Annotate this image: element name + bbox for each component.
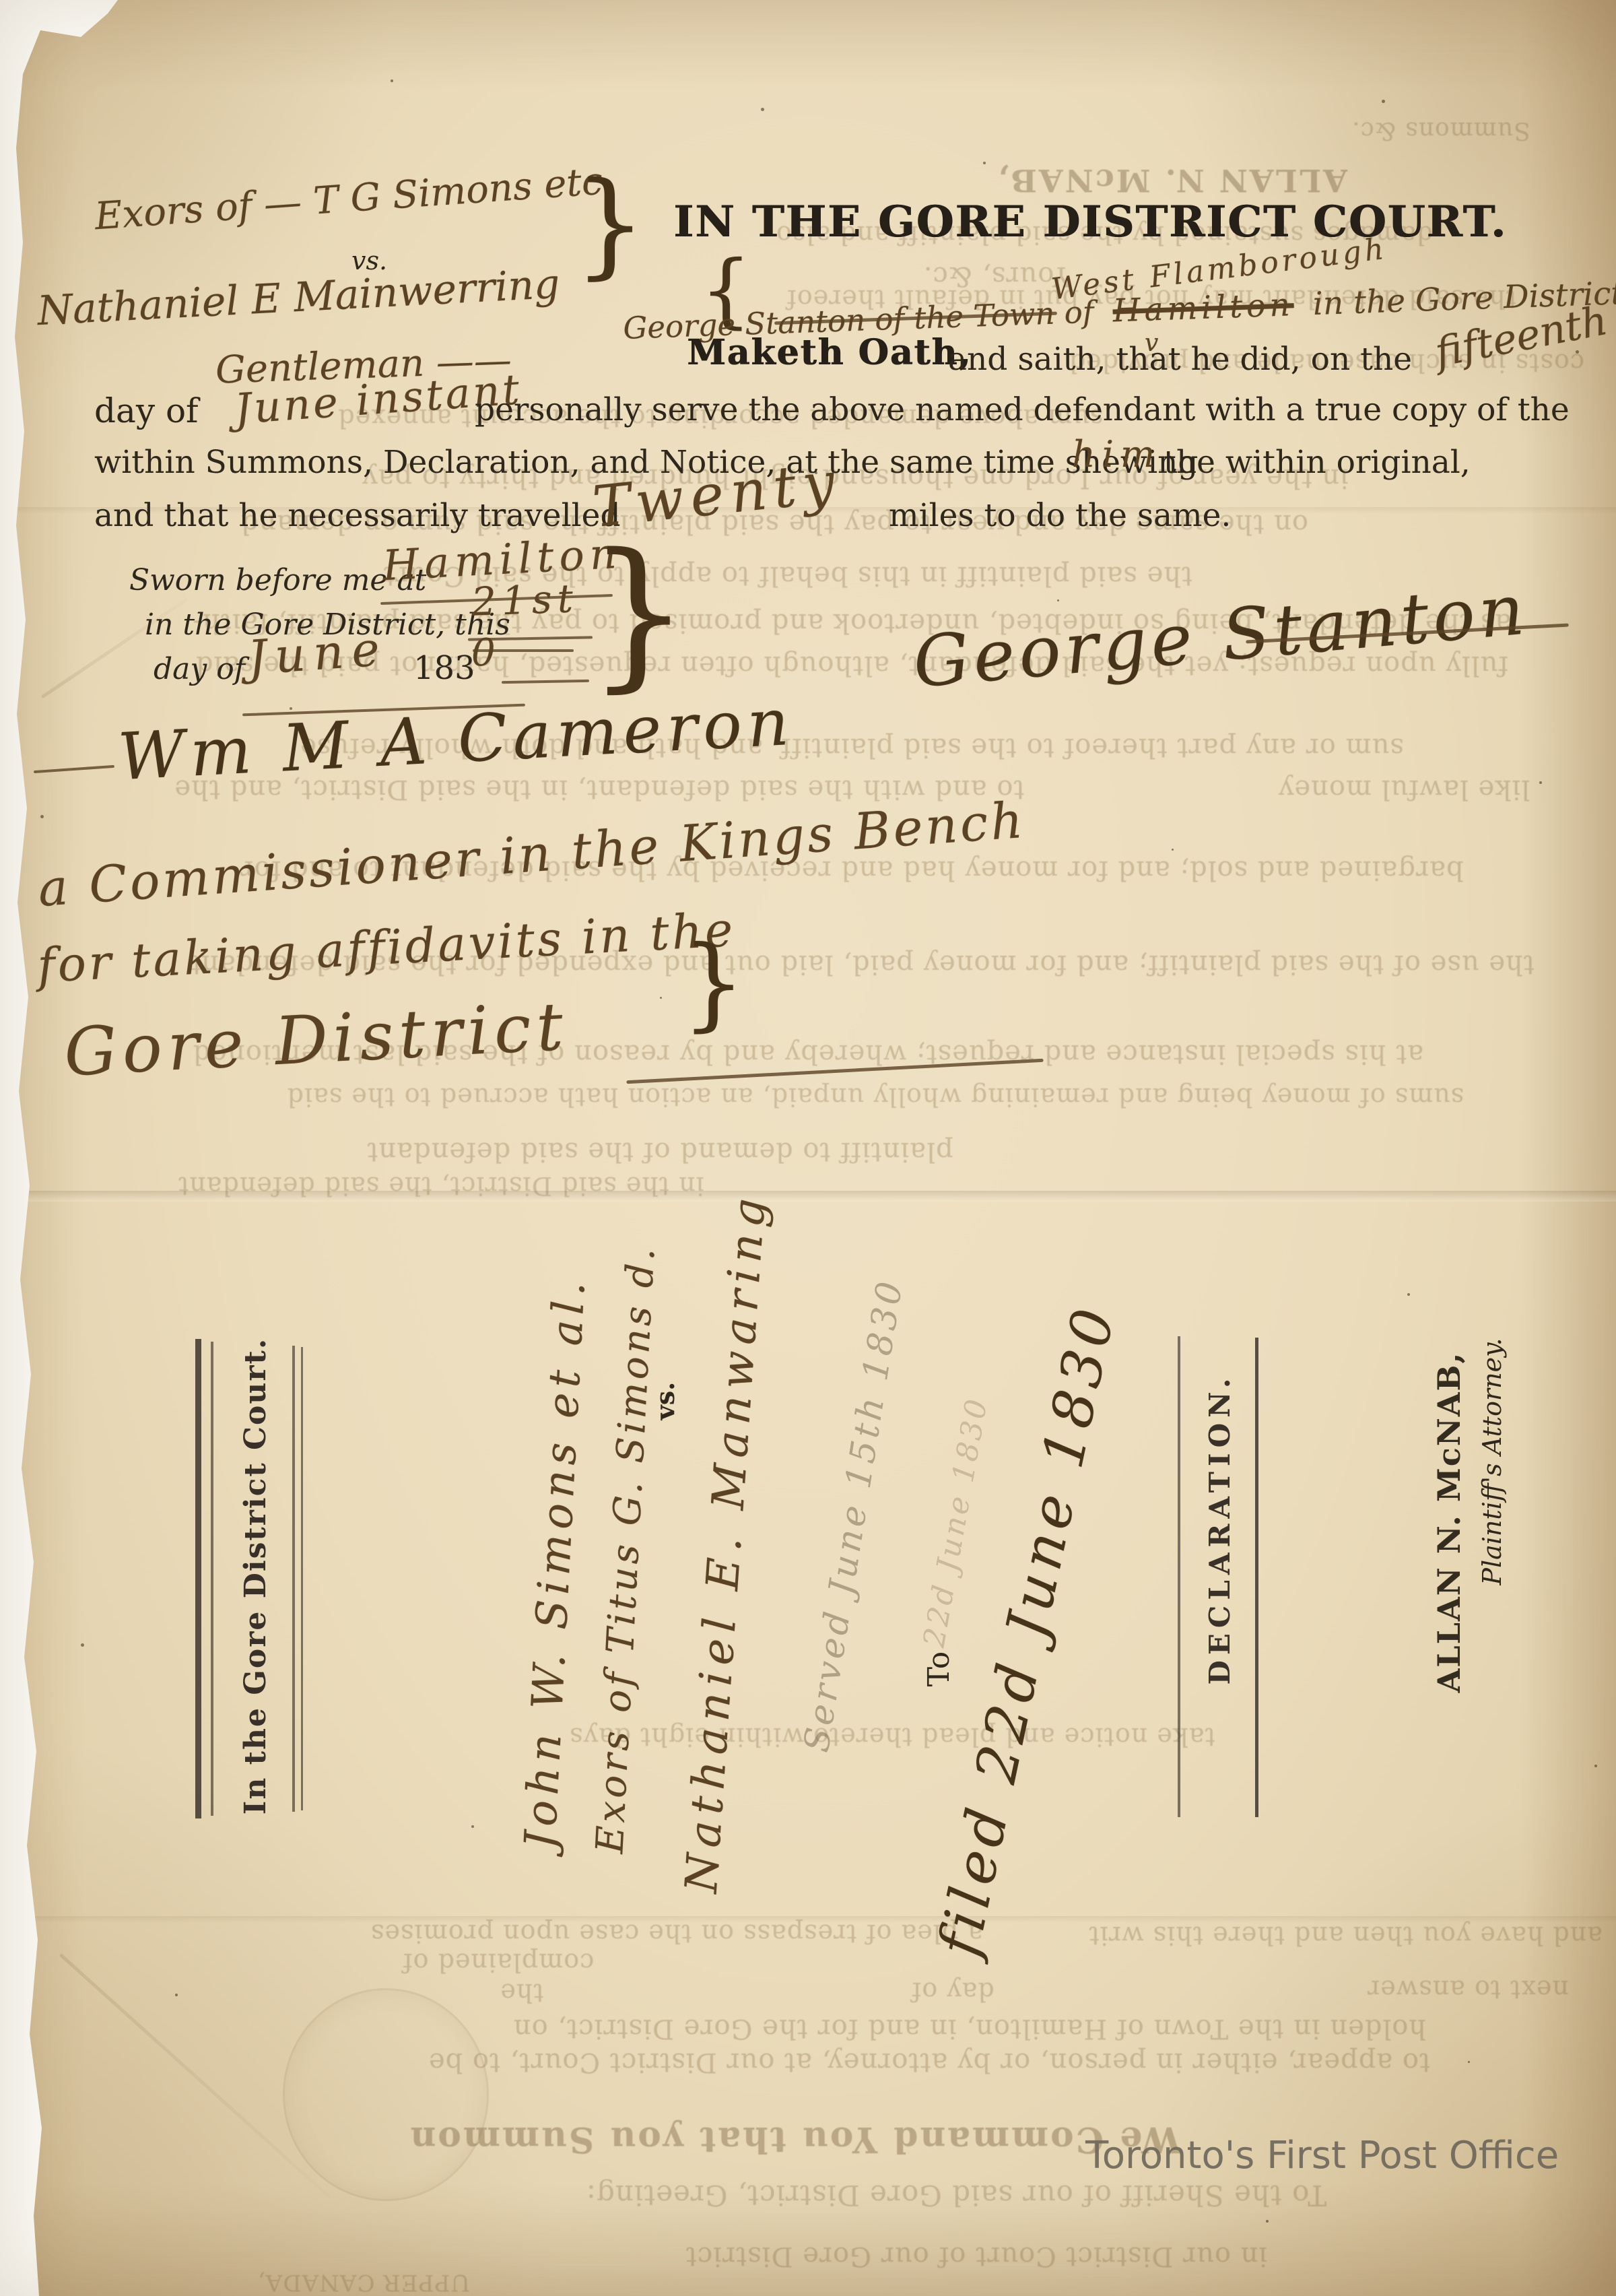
docket-rule [1178, 1336, 1180, 1817]
paper-speck [1539, 781, 1542, 784]
jurat-month-handwritten: June [246, 625, 389, 682]
docket-rule [211, 1342, 213, 1816]
paper-sheet: Summons &c.ALLAN N. McNAB,Yours, &c.dama… [0, 0, 1616, 2296]
archive-watermark: Toronto's First Post Office [1085, 2134, 1559, 2177]
bleedthrough-text: Summons &c. [1320, 118, 1562, 142]
bleedthrough-text: and have you then and there this writ [1091, 1923, 1603, 1948]
paper-speck [175, 1994, 178, 1996]
bleedthrough-text: like lawful money [1246, 776, 1562, 803]
maketh-oath-label: Maketh Oath, [687, 335, 972, 370]
paper-speck [761, 108, 764, 111]
bleedthrough-text: in the said District, the said defendant [111, 1173, 771, 1199]
struck-place: Hamilton [1112, 286, 1295, 329]
paper-speck [81, 1643, 84, 1647]
bleedthrough-text: next to answer [1333, 1977, 1603, 2002]
oath-line4b: miles to do the same. [889, 500, 1231, 531]
docket-to-label: To [922, 1639, 957, 1699]
year-printed: 183 [413, 652, 475, 684]
bleedthrough-text: in our District Court of our Gore Distri… [606, 2243, 1347, 2270]
paper-speck [40, 815, 44, 818]
paper-speck [471, 1825, 474, 1828]
docket-rule [292, 1346, 295, 1812]
defendant-name-handwritten: Nathaniel E Mainwerring [36, 264, 561, 332]
jurat-line1: Sworn before me at [129, 566, 426, 595]
docket-plaintiff-line1: John W. Simons et al. [516, 1272, 596, 1854]
bleedthrough-text: plaintiff to demand of the said defendan… [290, 1138, 1030, 1165]
jurat-brace: } [587, 532, 690, 694]
party-brace: } [574, 167, 646, 282]
paper-speck [391, 79, 393, 82]
him-handwritten: him [1072, 436, 1161, 473]
bleedthrough-text: ALLAN N. McNAB, [949, 165, 1394, 196]
attorney-role: Plaintiff's Attorney. [1477, 1327, 1508, 1596]
flourish-line [502, 680, 589, 684]
served-note-pencil: Served June 15th 1830 [800, 1299, 907, 1732]
day-of-label: day of [94, 394, 199, 428]
embossed-seal [283, 1988, 489, 2201]
docket-court-label: In the Gore District Court. [237, 1334, 275, 1818]
docket-versus-label: vs. [649, 1377, 681, 1424]
paper-speck [1172, 849, 1174, 851]
plaintiff-name-handwritten: Exors of — T G Simons etc [94, 163, 604, 236]
docket-title: DECLARATION. [1203, 1360, 1238, 1697]
attorney-name: ALLAN N. McNAB, [1431, 1360, 1467, 1684]
paper-speck [1468, 2061, 1470, 2063]
commissioner-brace: } [681, 933, 745, 1034]
jurat-day-handwritten: 21st [471, 579, 579, 622]
paper-speck [290, 707, 292, 710]
paper-speck [1594, 1765, 1597, 1767]
commissioner-title-line2: a Commissioner in the Kings Bench [36, 795, 1027, 914]
oath-line4: and that he necessarily travelled [94, 500, 621, 531]
scanned-document: Summons &c.ALLAN N. McNAB,Yours, &c.dama… [0, 0, 1616, 2296]
oath-line2: personally serve the above named defenda… [475, 394, 1570, 426]
docket-defendant: Nathaniel E. Manwaring [678, 1222, 774, 1864]
bleedthrough-text: the [492, 1980, 552, 2006]
paper-speck [660, 997, 662, 999]
bleedthrough-text: UPPER CANADA, [222, 2271, 505, 2294]
bleedthrough-text: holden in the Town of Hamilton, in and f… [377, 2015, 1562, 2042]
paper-speck [1266, 2220, 1269, 2223]
bleedthrough-text: sums of money being and remaining wholly… [269, 1084, 1481, 1110]
jurat-line3: day of [154, 655, 245, 684]
bleedthrough-text: day of [896, 1979, 1010, 2004]
year-digit-handwritten: 0 [471, 634, 496, 672]
paper-speck [983, 162, 986, 164]
paper-speck [882, 222, 884, 224]
oath-line3b: the within original, [1164, 447, 1471, 478]
paper-speck [1057, 599, 1059, 601]
paper-speck [1382, 100, 1385, 103]
signature-flourish [34, 765, 114, 773]
docket-rule [1255, 1338, 1258, 1817]
commissioner-title-line4: Gore District [63, 993, 570, 1086]
paper-speck [1407, 1293, 1410, 1296]
oath-line1: and saith, that he did, on the [948, 343, 1412, 375]
docket-rule [195, 1339, 201, 1818]
bleedthrough-text: To the Sheriff of our said Gore District… [498, 2181, 1414, 2209]
paper-speck [815, 471, 817, 474]
docket-rule [301, 1347, 303, 1810]
paper-speck [1576, 350, 1579, 354]
bleedthrough-text: complained of [377, 1950, 619, 1975]
